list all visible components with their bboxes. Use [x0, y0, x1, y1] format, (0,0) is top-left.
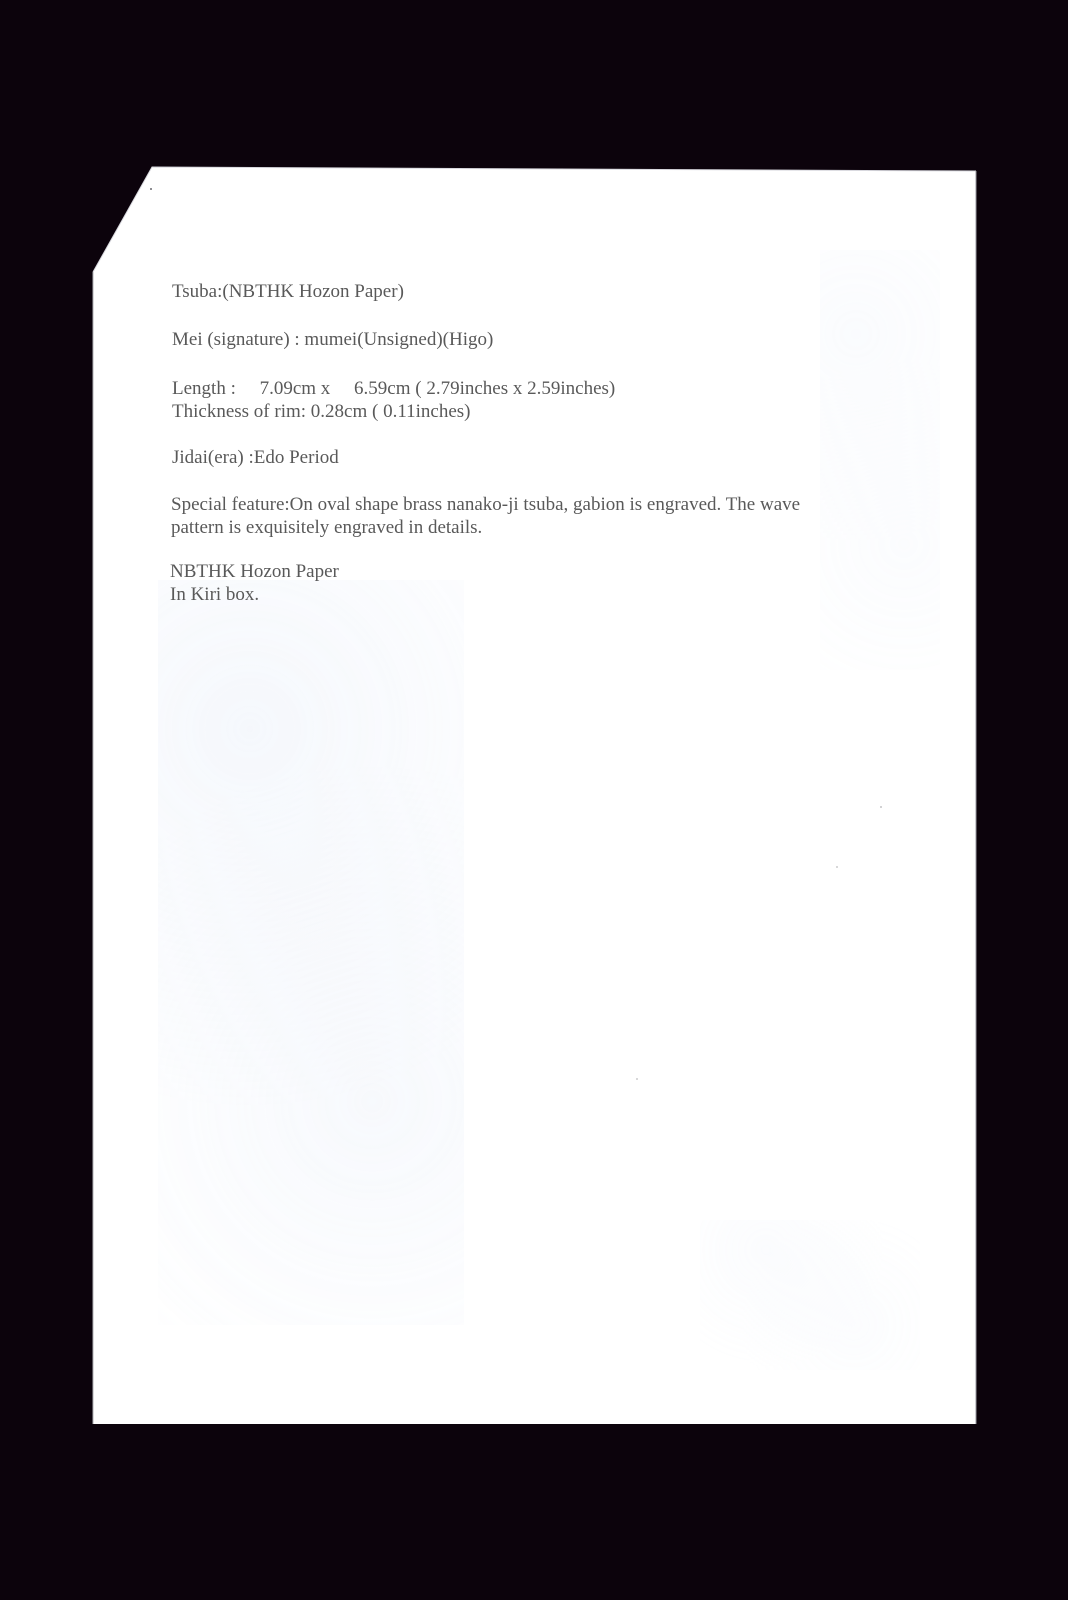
- box-line: In Kiri box.: [170, 583, 259, 606]
- title-line: Tsuba:(NBTHK Hozon Paper): [172, 280, 404, 303]
- bleed-through-pattern: [700, 1220, 920, 1370]
- scan-speck: [150, 188, 152, 190]
- special-feature-line-2: pattern is exquisitely engraved in detai…: [171, 516, 482, 539]
- scanned-paper-sheet: [0, 0, 1068, 1600]
- document-body: Tsuba:(NBTHK Hozon Paper) Mei (signature…: [172, 0, 182, 230]
- bleed-through-pattern: [158, 580, 464, 1325]
- scan-speck: [880, 806, 882, 808]
- scan-speck: [636, 1078, 638, 1080]
- bleed-through-pattern: [820, 250, 940, 670]
- special-feature-line-1: Special feature:On oval shape brass nana…: [171, 493, 800, 516]
- scan-speck: [836, 866, 838, 868]
- signature-line: Mei (signature) : mumei(Unsigned)(Higo): [172, 328, 493, 351]
- length-line: Length : 7.09cm x 6.59cm ( 2.79inches x …: [172, 377, 615, 400]
- era-line: Jidai(era) :Edo Period: [172, 446, 339, 469]
- certificate-line: NBTHK Hozon Paper: [170, 560, 339, 583]
- thickness-line: Thickness of rim: 0.28cm ( 0.11inches): [172, 400, 470, 423]
